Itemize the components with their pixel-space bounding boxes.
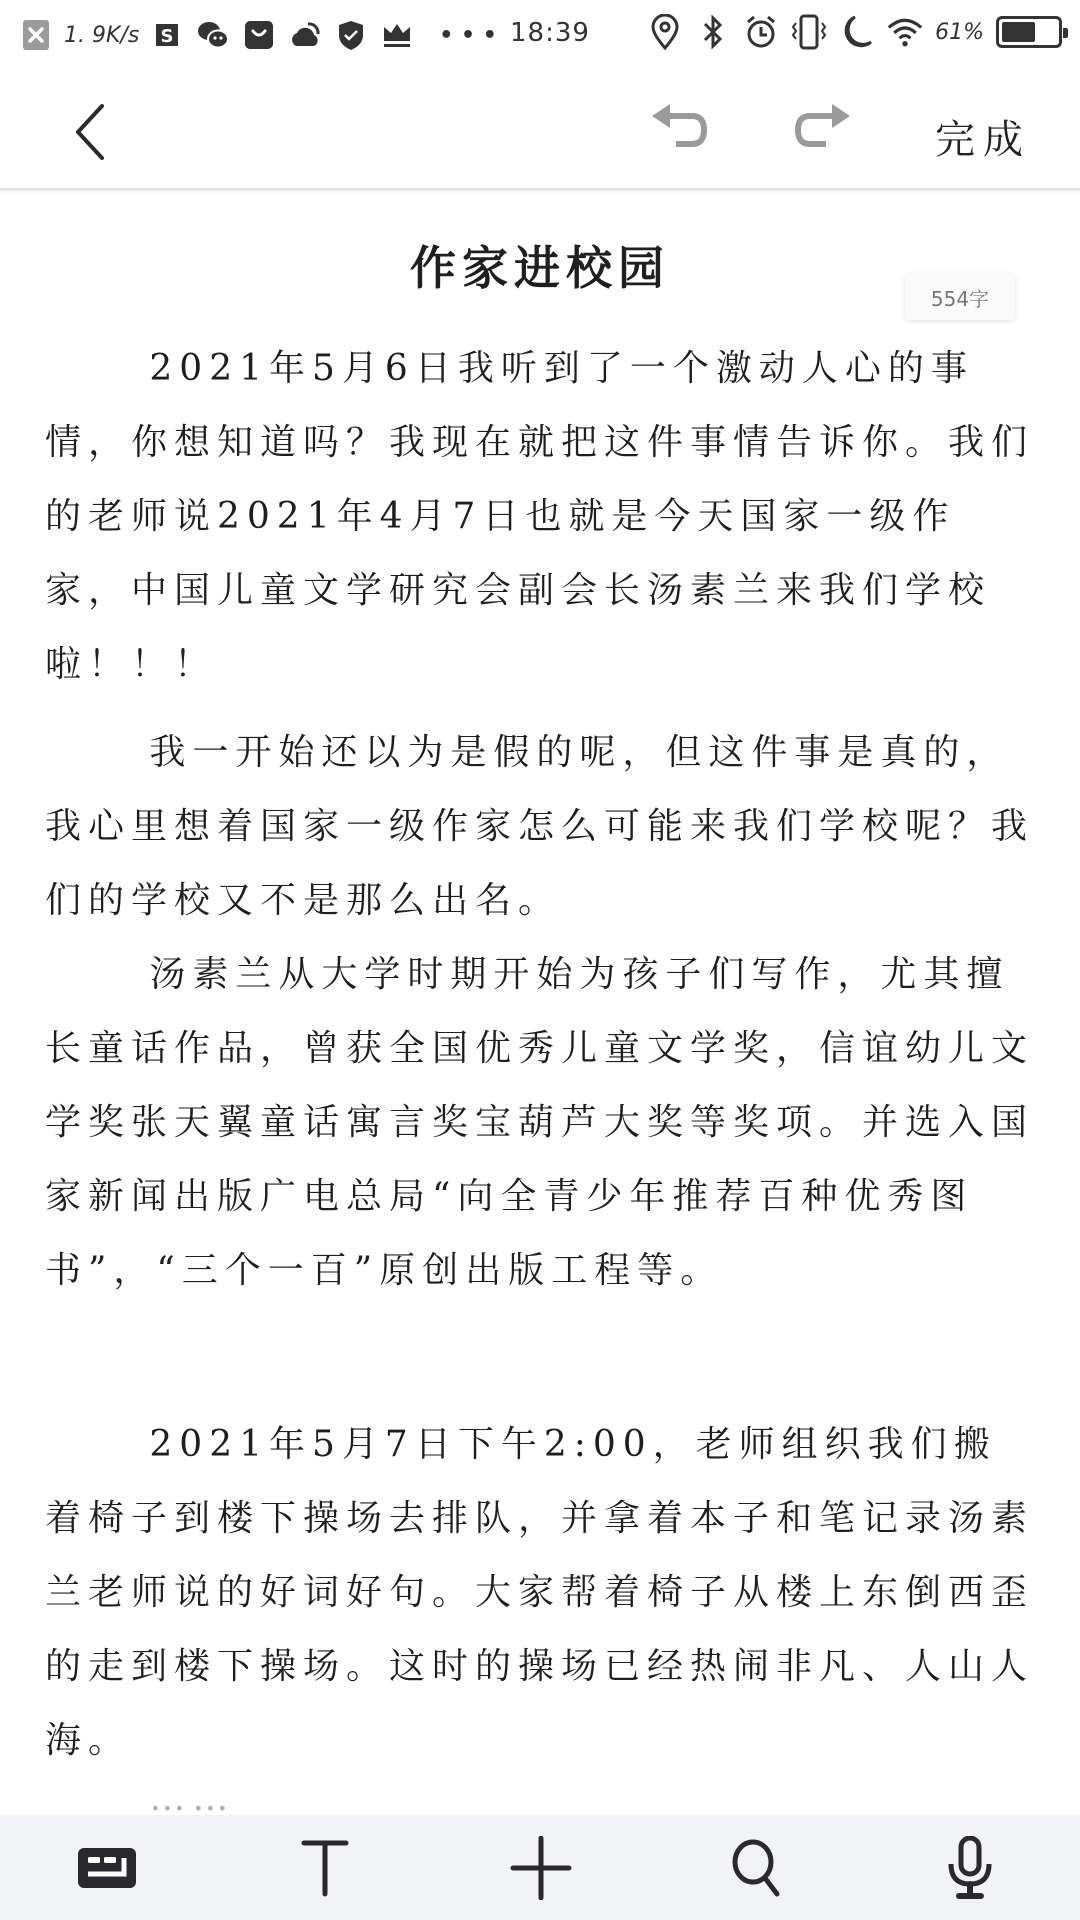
paragraph-1[interactable]: 2021年5月6日我听到了一个激动人心的事情，你想知道吗？我现在就把这件事情告诉… — [45, 332, 1035, 702]
crown-icon — [379, 17, 415, 53]
close-notification-icon — [18, 17, 54, 53]
editor-toolbar — [0, 1815, 1080, 1920]
undo-icon — [648, 100, 712, 156]
paragraph-4[interactable]: 2021年5月7日下午2:00，老师组织我们搬着椅子到楼下操场去排队，并拿着本子… — [45, 1408, 1035, 1778]
undo-button[interactable] — [648, 100, 718, 160]
vibrate-icon — [791, 14, 827, 50]
location-pin-icon — [647, 14, 683, 50]
battery-level — [1002, 22, 1035, 42]
word-count-badge: 554字 — [905, 274, 1015, 320]
more-notifications-icon: • • • — [439, 23, 497, 48]
paragraph-3[interactable]: 汤素兰从大学时期开始为孩子们写作，尤其擅长童话作品，曾获全国优秀儿童文学奖，信谊… — [45, 938, 1035, 1308]
weather-cloud-icon — [287, 17, 323, 53]
status-bar-left: 1. 9K/s S • • • — [18, 17, 497, 53]
wechat-icon — [195, 17, 231, 53]
search-icon — [729, 1838, 783, 1898]
keyboard-button[interactable] — [72, 1833, 142, 1903]
moon-icon — [839, 14, 875, 50]
bluetooth-icon — [695, 14, 731, 50]
done-button[interactable]: 完成 — [935, 108, 1031, 165]
shopping-bag-icon — [241, 17, 277, 53]
editor-header: 完成 — [0, 70, 1080, 190]
redo-icon — [790, 100, 854, 156]
network-speed: 1. 9K/s — [64, 23, 139, 48]
insert-button[interactable] — [506, 1833, 576, 1903]
battery-tip — [1063, 28, 1068, 38]
wifi-icon — [887, 14, 923, 50]
keyboard-icon — [76, 1846, 138, 1890]
shield-check-icon — [333, 17, 369, 53]
screenshot-icon: S — [149, 17, 185, 53]
microphone-icon — [945, 1836, 995, 1900]
alarm-clock-icon — [743, 14, 779, 50]
svg-text:S: S — [161, 26, 174, 47]
clock: 18:39 — [510, 18, 590, 48]
status-bar: 1. 9K/s S • • • 18:39 — [0, 0, 1080, 70]
document-editor[interactable]: 作家进校园 554字 2021年5月6日我听到了一个激动人心的事情，你想知道吗？… — [0, 192, 1080, 1812]
search-button[interactable] — [721, 1833, 791, 1903]
back-button[interactable] — [55, 92, 125, 172]
battery-percent: 61% — [935, 20, 984, 45]
chevron-left-icon — [70, 102, 110, 162]
paragraph-2[interactable]: 我一开始还以为是假的呢，但这件事是真的，我心里想着国家一级作家怎么可能来我们学校… — [45, 716, 1035, 938]
paragraph-5-partial[interactable]: …… — [45, 1762, 1035, 1812]
redo-button[interactable] — [790, 100, 860, 160]
voice-input-button[interactable] — [935, 1833, 1005, 1903]
status-bar-right: 61% — [647, 14, 1062, 50]
text-format-button[interactable] — [290, 1833, 360, 1903]
battery-icon — [996, 16, 1062, 48]
plus-icon — [509, 1836, 573, 1900]
text-format-icon — [300, 1838, 350, 1898]
